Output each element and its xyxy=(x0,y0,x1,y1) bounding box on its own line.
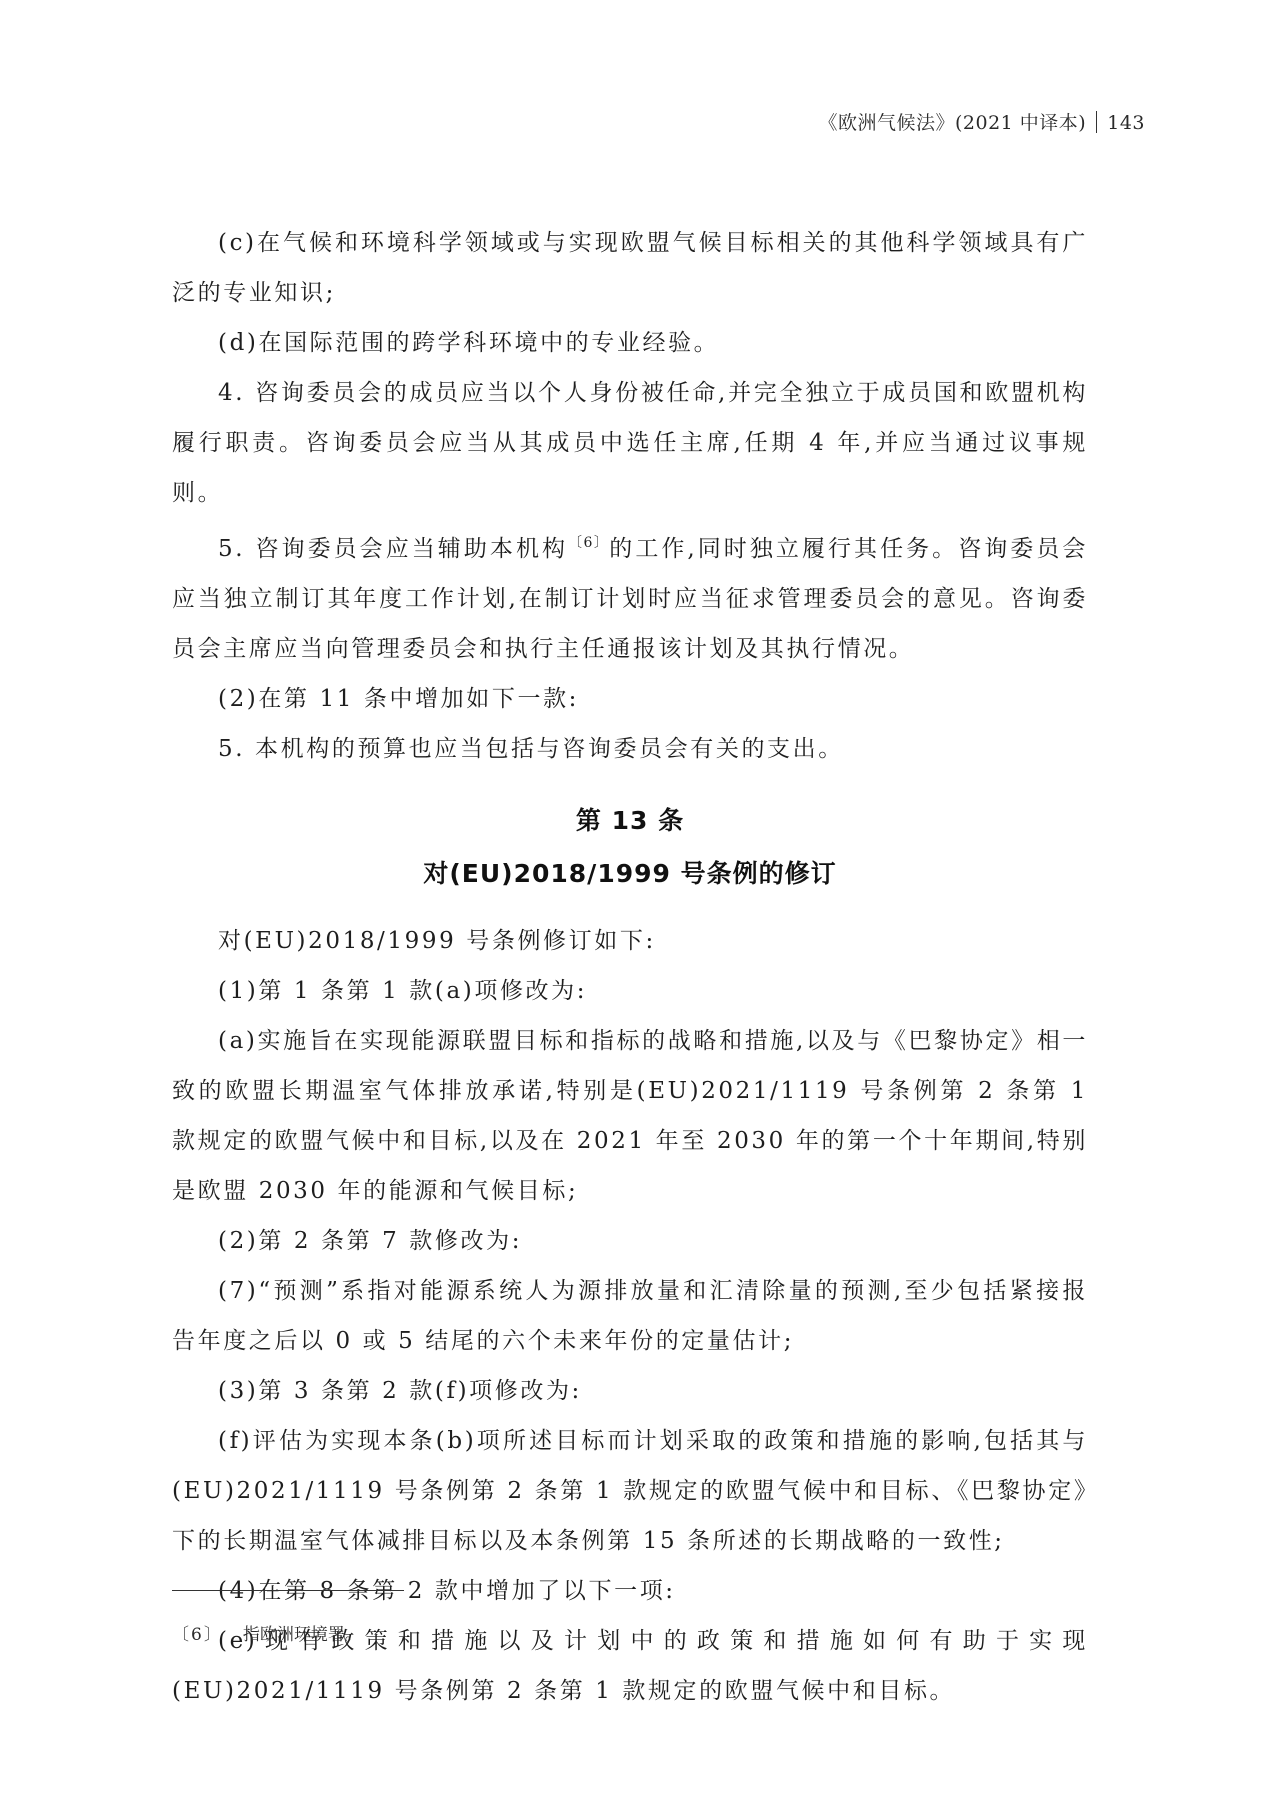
body-text: (c)在气候和环境科学领域或与实现欧盟气候目标相关的其他科学领域具有广泛的专业知… xyxy=(172,218,1088,1716)
paragraph-clause-4: 4. 咨询委员会的成员应当以个人身份被任命,并完全独立于成员国和欧盟机构履行职责… xyxy=(172,368,1088,518)
page-number: 143 xyxy=(1107,112,1145,134)
paragraph-item-d: (d)在国际范围的跨学科环境中的专业经验。 xyxy=(172,318,1088,368)
paragraph-amendment-4: (4)在第 8 条第 2 款中增加了以下一项: xyxy=(172,1566,1088,1616)
footnote: 〔6〕指欧洲环境署。 xyxy=(172,1620,362,1645)
paragraph-amendment-1: (1)第 1 条第 1 款(a)项修改为: xyxy=(172,966,1088,1016)
footnote-divider xyxy=(172,1590,404,1591)
paragraph-intro: 对(EU)2018/1999 号条例修订如下: xyxy=(172,916,1088,966)
paragraph-budget-clause: 5. 本机构的预算也应当包括与咨询委员会有关的支出。 xyxy=(172,724,1088,774)
footnote-text: 指欧洲环境署。 xyxy=(243,1625,362,1645)
clause-5-text-start: 5. 咨询委员会应当辅助本机构 xyxy=(218,536,568,562)
paragraph-item-c: (c)在气候和环境科学领域或与实现欧盟气候目标相关的其他科学领域具有广泛的专业知… xyxy=(172,218,1088,318)
paragraph-amendment-3: (3)第 3 条第 2 款(f)项修改为: xyxy=(172,1366,1088,1416)
paragraph-amendment-2: (2)在第 11 条中增加如下一款: xyxy=(172,674,1088,724)
article-number: 第 13 条 xyxy=(172,796,1088,846)
footnote-mark: 〔6〕 xyxy=(172,1625,223,1645)
paragraph-clause-5: 5. 咨询委员会应当辅助本机构〔6〕的工作,同时独立履行其任务。咨询委员会应当独… xyxy=(172,518,1088,674)
paragraph-item-a: (a)实施旨在实现能源联盟目标和指标的战略和措施,以及与《巴黎协定》相一致的欧盟… xyxy=(172,1016,1088,1216)
paragraph-amendment-2b: (2)第 2 条第 7 款修改为: xyxy=(172,1216,1088,1266)
document-page: 《欧洲气候法》(2021 中译本)143 (c)在气候和环境科学领域或与实现欧盟… xyxy=(0,0,1269,1804)
running-header: 《欧洲气候法》(2021 中译本)143 xyxy=(819,108,1146,135)
header-separator xyxy=(1096,111,1097,133)
paragraph-item-7: (7)“预测”系指对能源系统人为源排放量和汇清除量的预测,至少包括紧接报告年度之… xyxy=(172,1266,1088,1366)
paragraph-item-f: (f)评估为实现本条(b)项所述目标而计划采取的政策和措施的影响,包括其与(EU… xyxy=(172,1416,1088,1566)
book-title: 《欧洲气候法》(2021 中译本) xyxy=(819,112,1087,134)
article-title: 对(EU)2018/1999 号条例的修订 xyxy=(172,846,1088,902)
footnote-reference[interactable]: 〔6〕 xyxy=(568,535,609,551)
